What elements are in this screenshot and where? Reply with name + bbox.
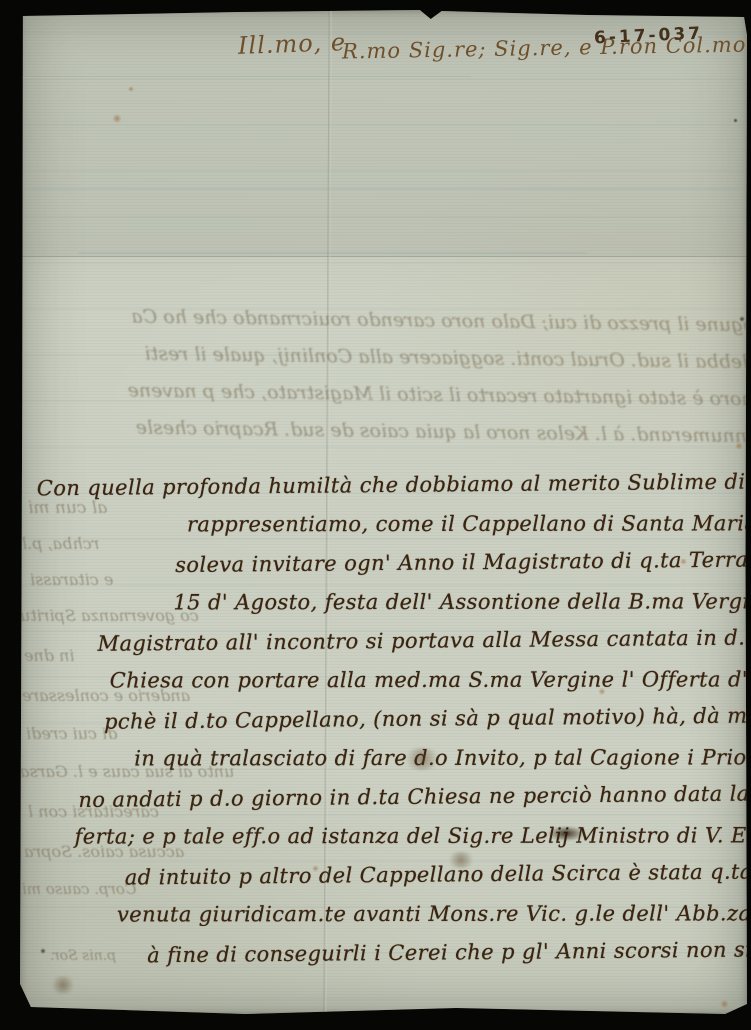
letter-line: 15 d' Agosto, festa dell' Assontione del… xyxy=(25,582,749,622)
letter-line: Chiesa con portare alla med.ma S.ma Verg… xyxy=(26,660,750,700)
chain-line xyxy=(78,252,587,254)
letter-line: ad intuito p altro del Cappellano della … xyxy=(27,853,751,899)
letter-line: venuta giuridicam.te avanti Mons.re Vic.… xyxy=(27,894,751,934)
ink-smudge xyxy=(50,976,76,994)
manuscript-paper: Ill.mo, e R.mo Sig.re; Sig.re, e P.ron C… xyxy=(20,10,747,1014)
letter-line: ferta; e p tale eff.o ad istanza del Sig… xyxy=(27,816,751,856)
bleedthrough-text-block: ogune il prezzo di cui; Dalo noro carend… xyxy=(13,297,751,455)
scan-stage: Ill.mo, e R.mo Sig.re; Sig.re, e P.ron C… xyxy=(0,0,751,1030)
rust-stain xyxy=(720,1000,729,1008)
letter-line: Con quella profonda humiltà che dobbiamo… xyxy=(25,463,749,509)
letter-text-block: Con quella profonda humiltà che dobbiamo… xyxy=(25,464,751,975)
letter-line: Magistrato all' incontro si portava alla… xyxy=(25,619,749,665)
horizontal-fold-crease xyxy=(20,76,471,78)
letter-line: pchè il d.to Cappellano, (non si sà p qu… xyxy=(26,697,750,743)
ink-blot xyxy=(548,826,584,841)
letter-line: à fine di conseguirli i Cerei che p gl' … xyxy=(27,931,751,977)
letter-line: rappresentiamo, come il Cappellano di Sa… xyxy=(25,504,749,544)
letter-line: soleva invitare ogn' Anno il Magistrato … xyxy=(25,541,749,587)
chain-line xyxy=(20,188,747,190)
letter-line: no andati p d.o giorno in d.ta Chiesa ne… xyxy=(26,775,750,821)
salutation-left: Ill.mo, e xyxy=(238,28,347,60)
letter-line: in quà tralasciato di fare d.o Invito, p… xyxy=(26,738,750,778)
